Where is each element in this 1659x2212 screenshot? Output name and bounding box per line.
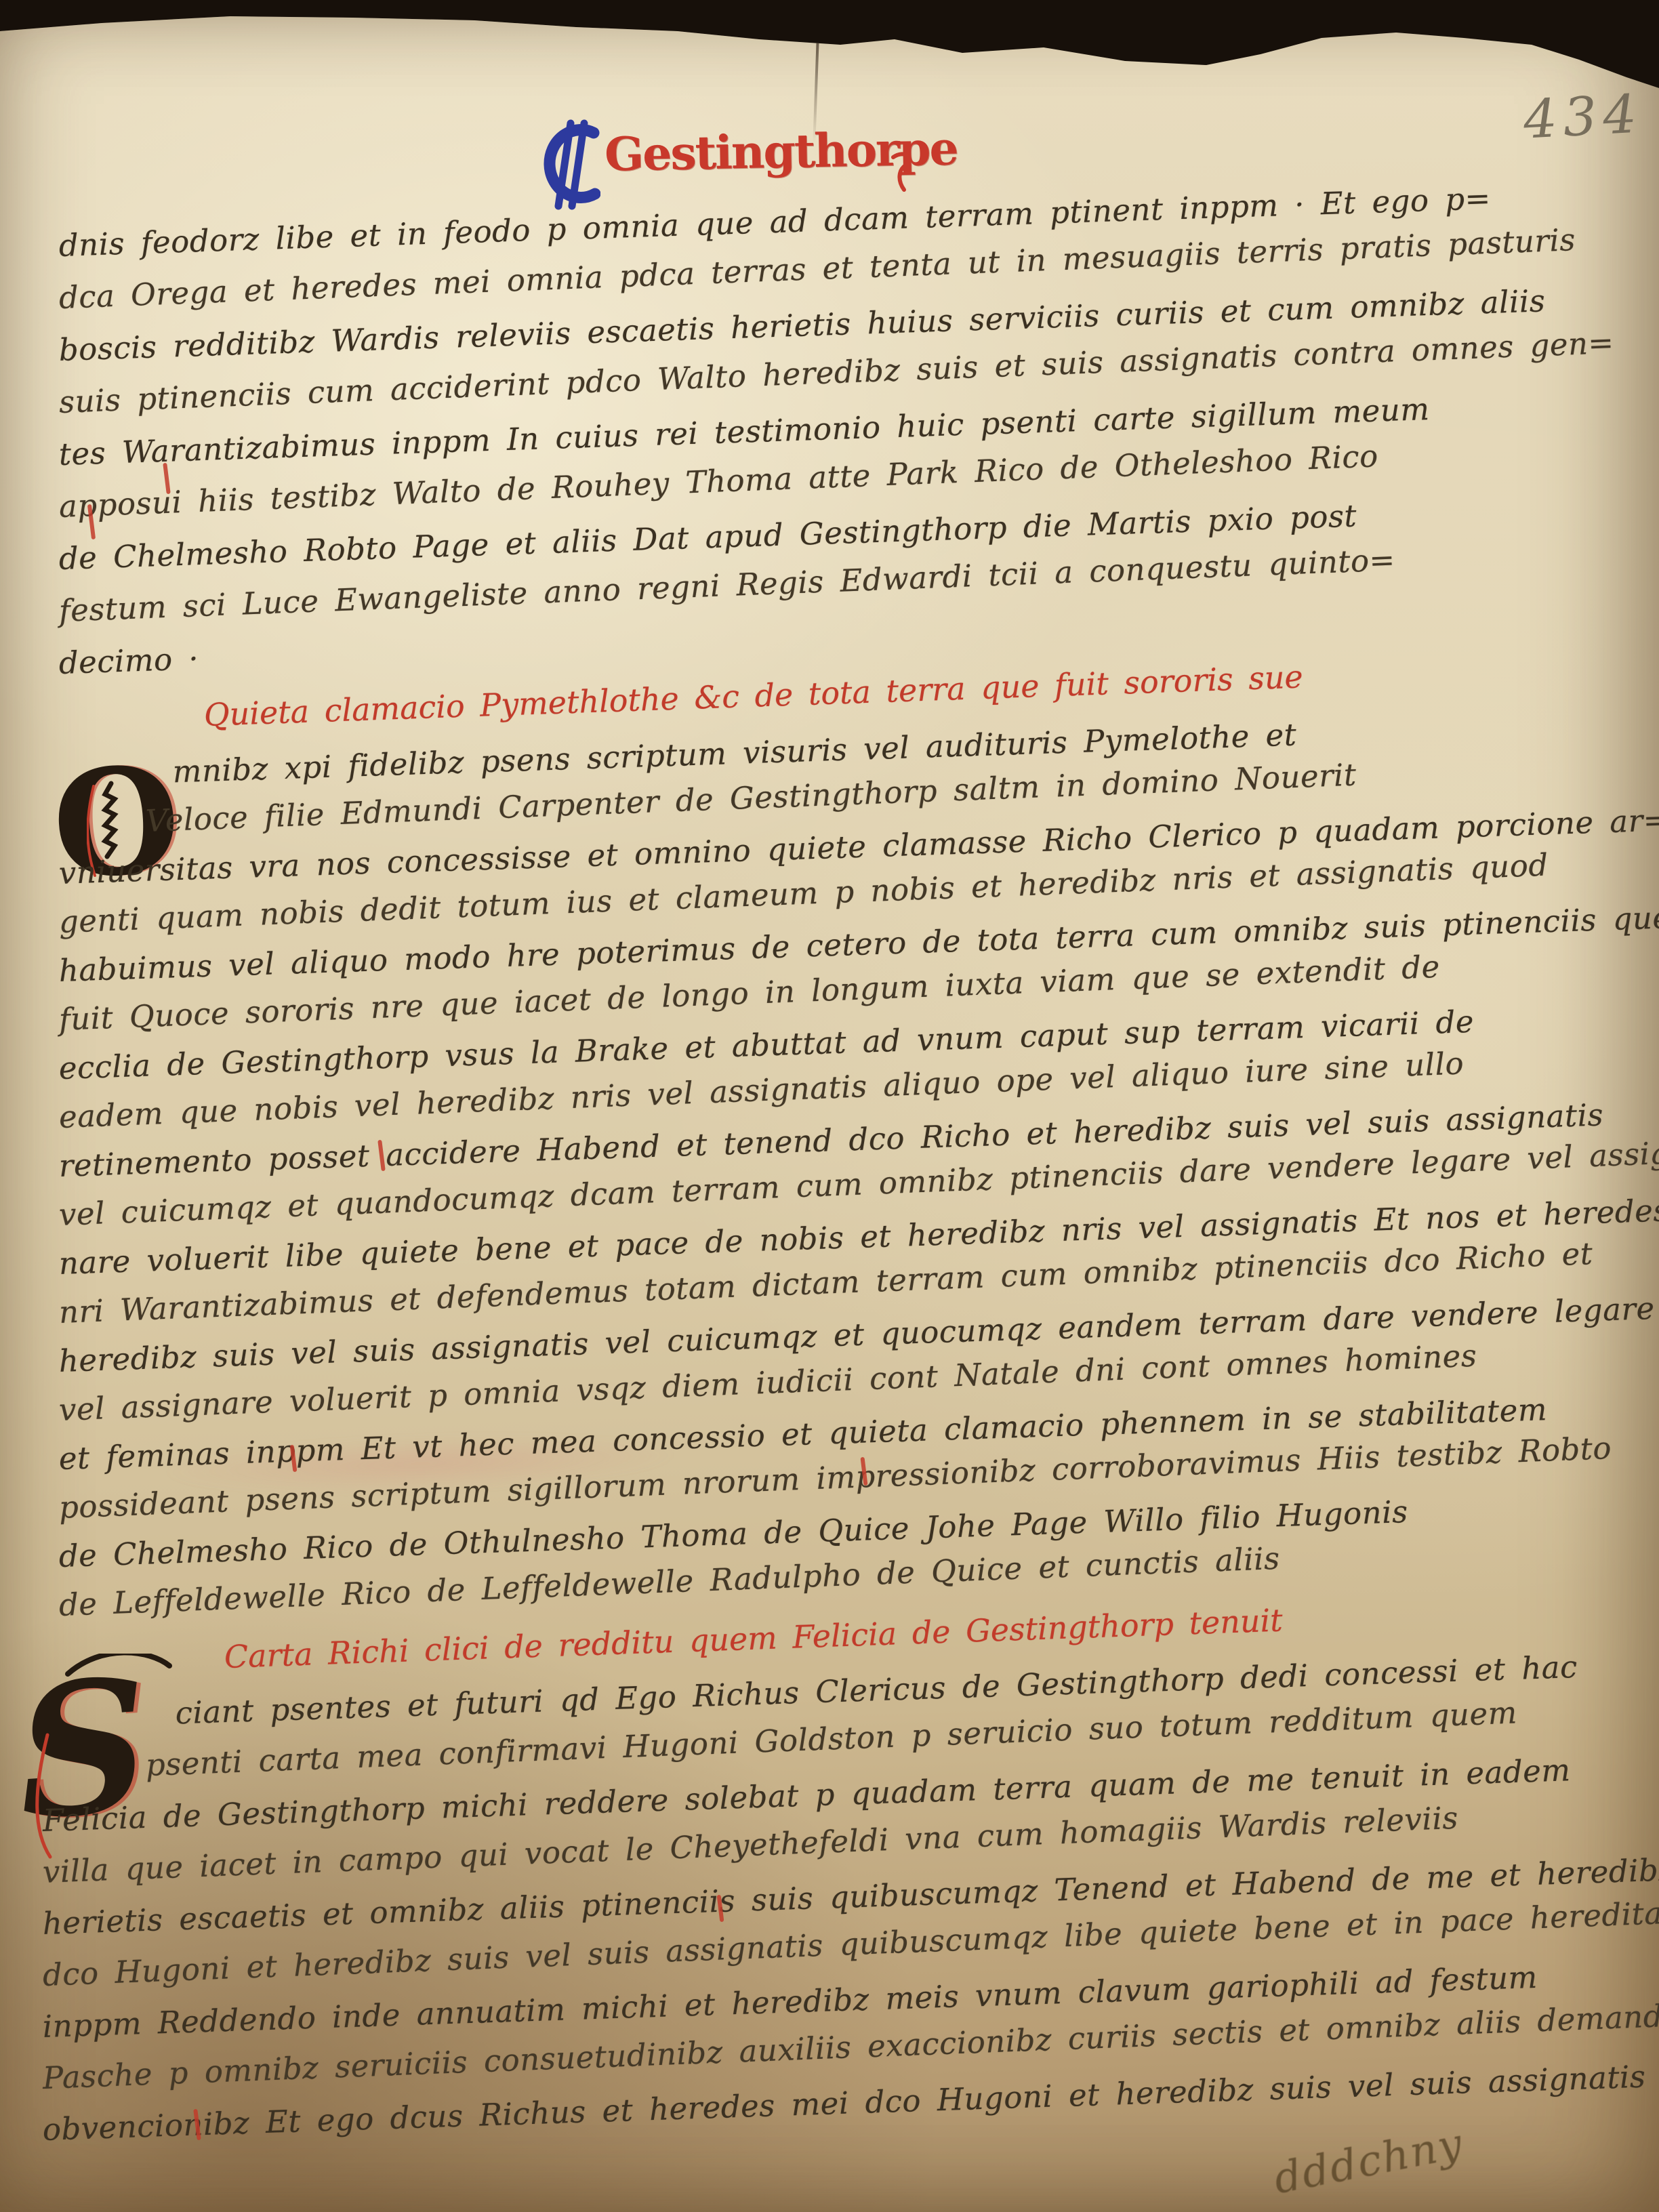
parchment-page: 434 Gestingthorpe dnis feodorz libe et i… xyxy=(0,0,1659,2212)
charter-text-block-1: dnis feodorz libe et in feodo p omnia qu… xyxy=(58,228,1414,697)
blue-paraph-icon xyxy=(535,119,600,214)
folio-number: 434 xyxy=(1522,83,1644,150)
charter-text-block-3: ciant psentes et futuri qd Ego Richus Cl… xyxy=(42,1700,1418,2163)
charter-text-block-2: mnibz xpi fidelibz psens scriptum visuri… xyxy=(58,758,1414,1636)
red-flourish-icon xyxy=(888,149,919,199)
